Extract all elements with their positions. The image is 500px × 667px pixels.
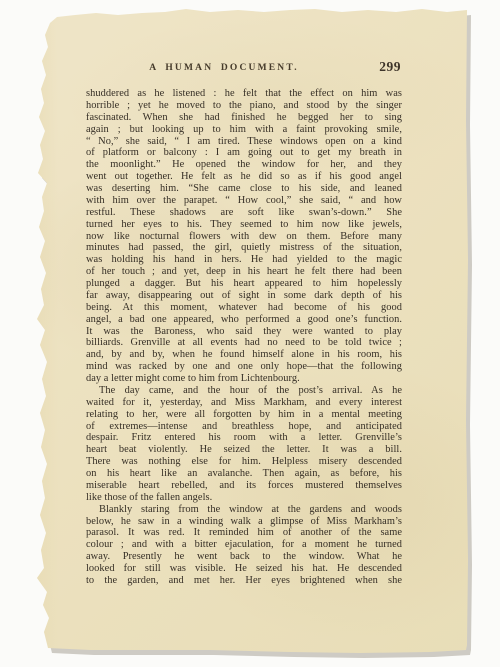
text-line: to the garden, and met her. Her eyes bri… (86, 575, 402, 587)
text-line: of her touch ; and yet, deep in his hear… (86, 266, 402, 278)
text-line: was deserting him. “She came close to hi… (86, 183, 402, 195)
text-line: with him over the parapet. “ How cool,” … (86, 195, 402, 207)
text-line: Blankly staring from the window at the g… (86, 504, 402, 516)
text-line: colour ; and with a bitter ejaculation, … (86, 539, 402, 551)
text-line: again ; but looking up to him with a fai… (86, 124, 402, 136)
text-paragraph: Blankly staring from the window at the g… (86, 504, 402, 587)
text-line: like those of the fallen angels. (86, 492, 402, 504)
text-line: billiards. Grenville at all events had n… (86, 337, 402, 349)
text-line: It was the Baroness, who said they were … (86, 326, 402, 338)
text-line: below, he saw in a winding walk a glimps… (86, 516, 402, 528)
text-line: despair. Fritz entered his room with a l… (86, 432, 402, 444)
text-line: plunged a dagger. But his heart appeared… (86, 278, 402, 290)
text-line: minutes had passed, the girl, quietly mi… (86, 242, 402, 254)
scan-background: A HUMAN DOCUMENT. 299 shuddered as he li… (0, 0, 500, 667)
text-paragraph: shuddered as he listened : he felt that … (86, 88, 402, 385)
text-line: relating to her, were all forgotten by h… (86, 409, 402, 421)
text-line: away. Presently he went back to the wind… (86, 551, 402, 563)
text-line: waited for it, yesterday, and Miss Markh… (86, 397, 402, 409)
running-head-title: A HUMAN DOCUMENT. (86, 63, 362, 73)
text-line: of platform or balcony : I am going out … (86, 147, 402, 159)
text-line: turned her eyes to his. They seemed to h… (86, 219, 402, 231)
text-line: and, by and by, when he found himself al… (86, 349, 402, 361)
text-line: horrible ; yet he moved to the piano, an… (86, 100, 402, 112)
running-head: A HUMAN DOCUMENT. 299 (86, 63, 402, 78)
text-body: shuddered as he listened : he felt that … (86, 88, 402, 587)
text-line: heart beat violently. He seized the lett… (86, 444, 402, 456)
text-line: The day came, and the hour of the post’s… (86, 385, 402, 397)
text-line: shuddered as he listened : he felt that … (86, 88, 402, 100)
text-line: parasol. It was red. It reminded him of … (86, 527, 402, 539)
book-page: A HUMAN DOCUMENT. 299 shuddered as he li… (0, 0, 500, 667)
text-line: the moonlight.” He opened the window for… (86, 159, 402, 171)
text-line: “ No,” she said, “ I am tired. These win… (86, 136, 402, 148)
text-line: of extremes—intense and breathless hope,… (86, 421, 402, 433)
text-line: mind was racked by one and one only hope… (86, 361, 402, 373)
text-line: now like nocturnal flowers with dew on t… (86, 231, 402, 243)
text-line: fascinated. When she had finished he beg… (86, 112, 402, 124)
text-line: far away, disappearing out of sight in s… (86, 290, 402, 302)
text-line: angel, a bad one appeared, who performed… (86, 314, 402, 326)
text-line: was holding his hand in hers. He had yie… (86, 254, 402, 266)
text-paragraph: The day came, and the hour of the post’s… (86, 385, 402, 504)
text-line: restful. These shadows are soft like swa… (86, 207, 402, 219)
text-line: looked for still was visible. He seized … (86, 563, 402, 575)
text-line: There was nothing else for him. Helpless… (86, 456, 402, 468)
text-line: being. At this moment, whatever had beco… (86, 302, 402, 314)
text-line: day a letter might come to him from Lich… (86, 373, 402, 385)
text-line: on his heart like an avalanche. Then aga… (86, 468, 402, 480)
text-line: miserable heart rebelled, and its forces… (86, 480, 402, 492)
page-number: 299 (379, 59, 401, 75)
text-line: went out together. He felt as he did so … (86, 171, 402, 183)
